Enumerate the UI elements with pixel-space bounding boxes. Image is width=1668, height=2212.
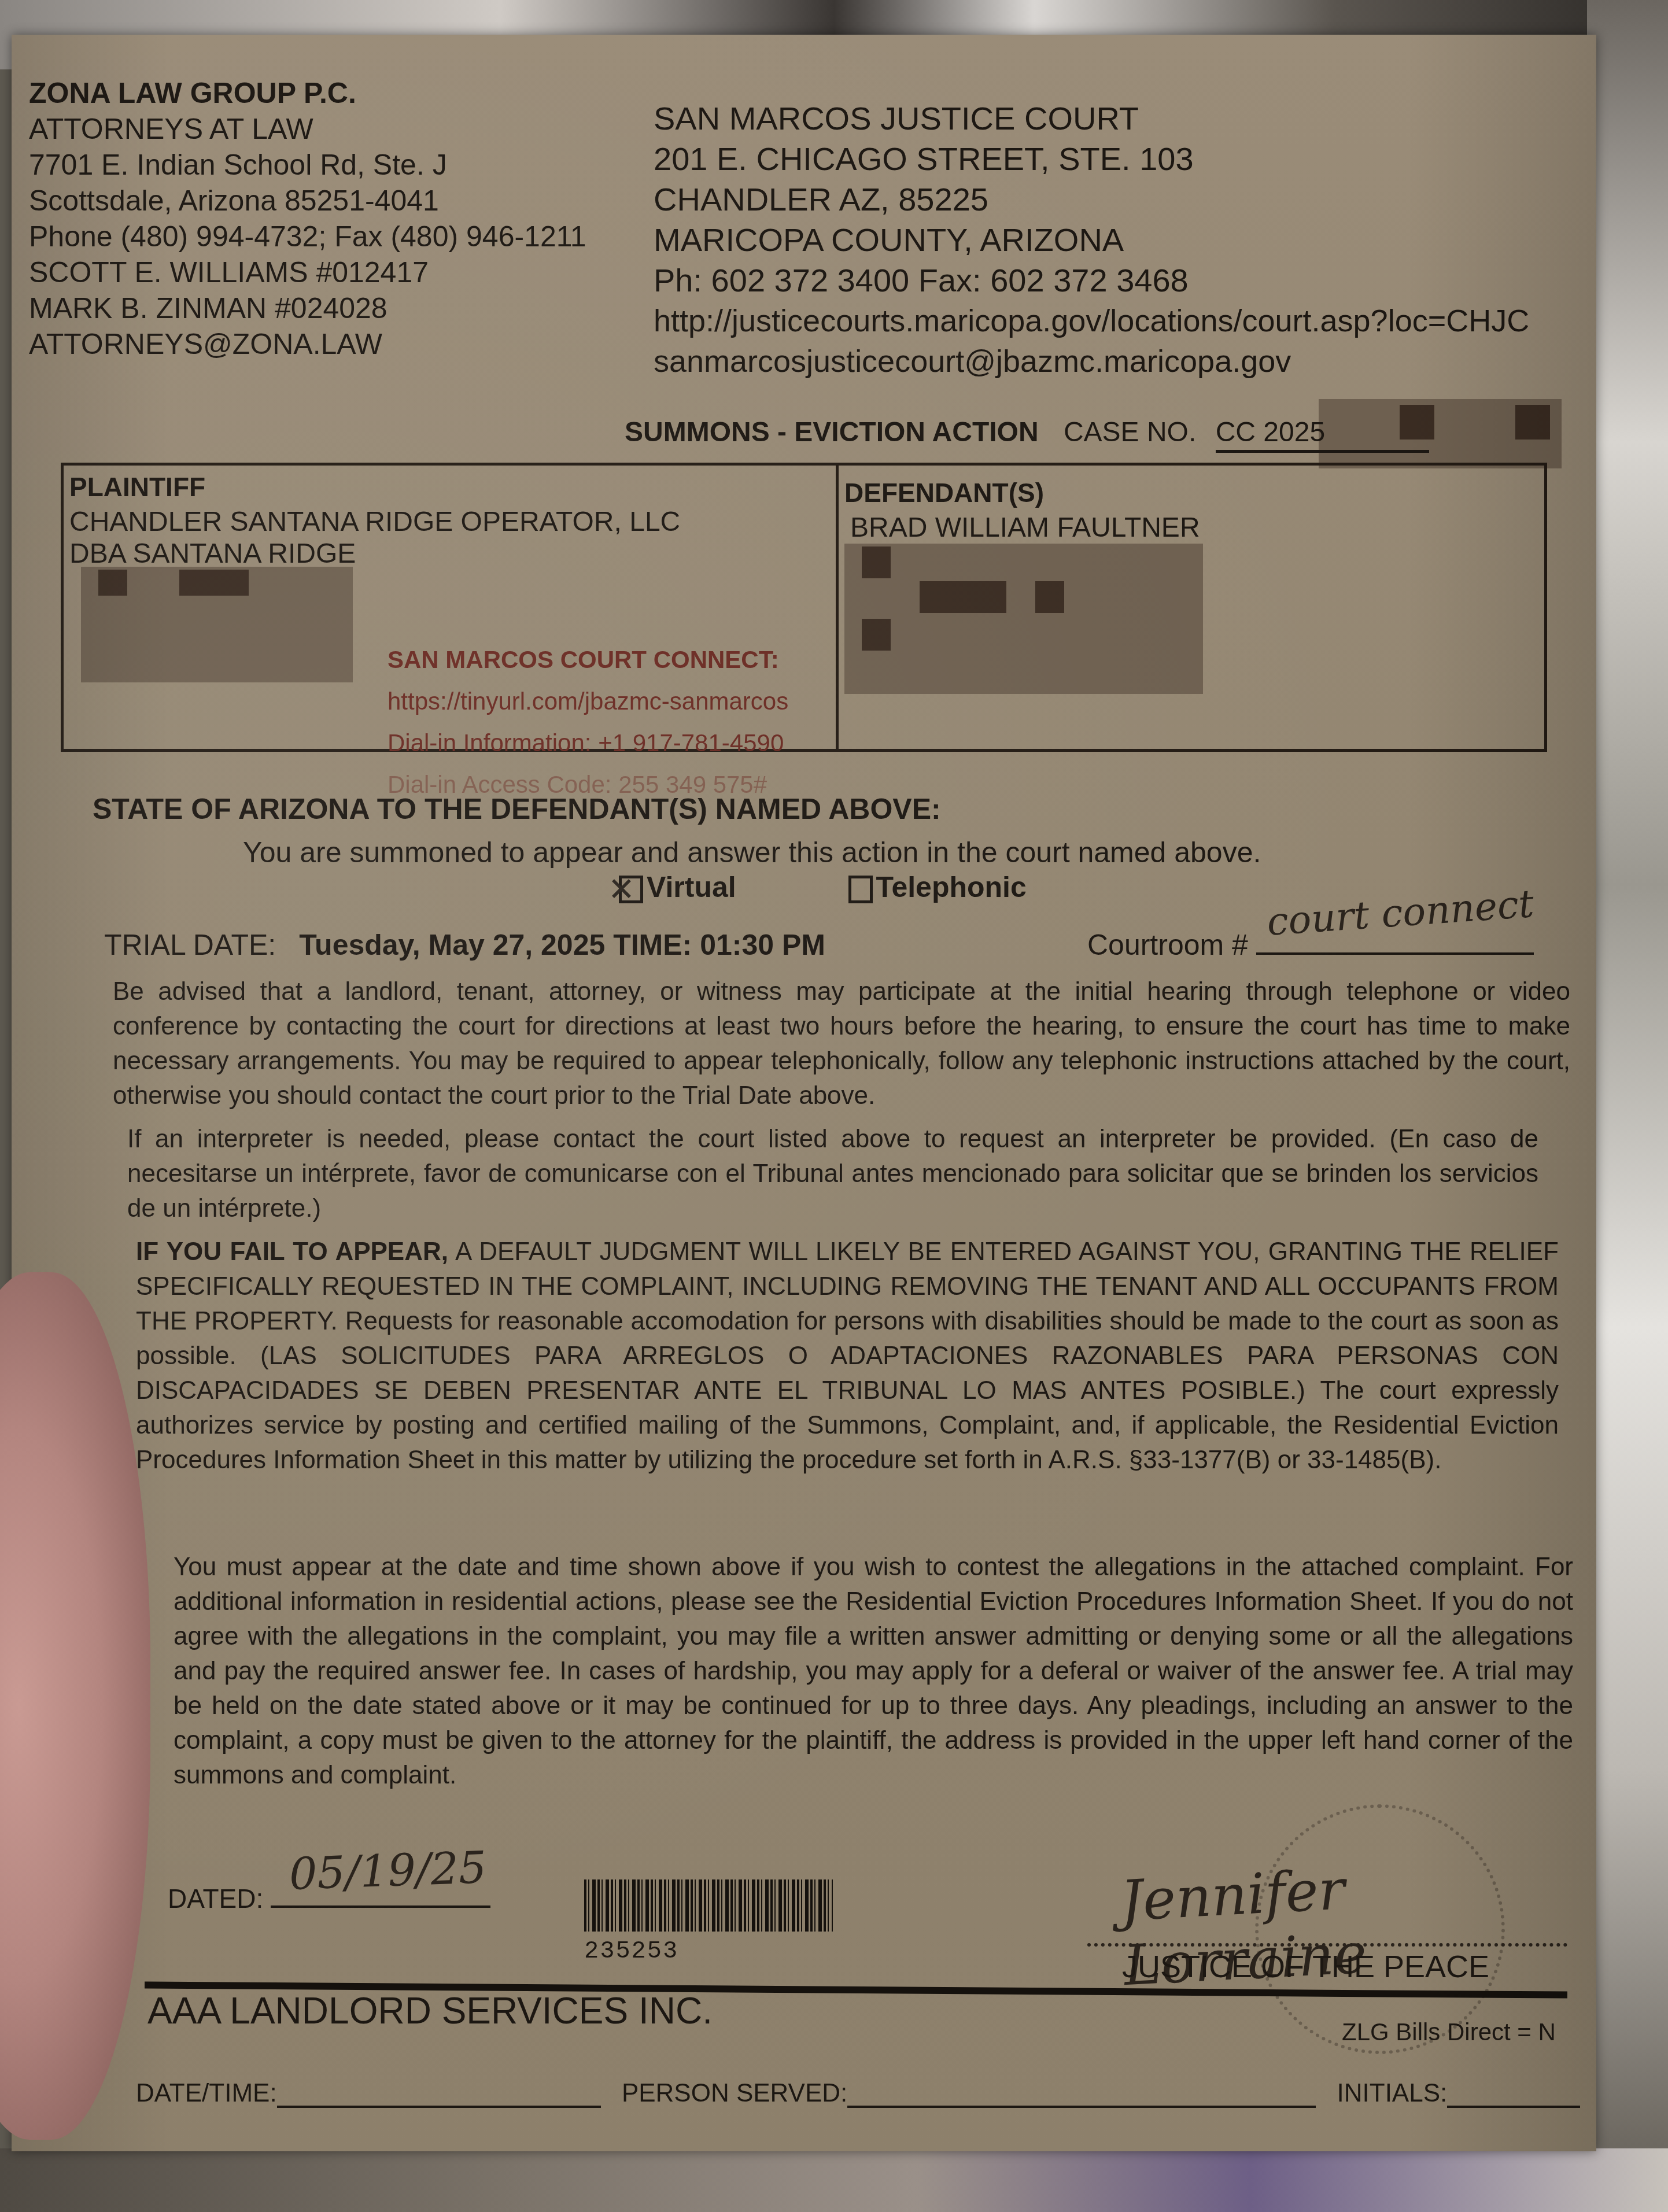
- background-right: [1587, 0, 1668, 2212]
- redaction-case-number-block: [1515, 405, 1550, 440]
- redaction-defendant-block: [862, 546, 891, 578]
- parties-box: PLAINTIFF CHANDLER SANTANA RIDGE OPERATO…: [61, 463, 1547, 752]
- firm-subtitle: ATTORNEYS AT LAW: [29, 111, 586, 147]
- court-county: MARICOPA COUNTY, ARIZONA: [654, 220, 1529, 260]
- telephonic-checkbox[interactable]: [848, 876, 873, 903]
- virtual-label: Virtual: [647, 871, 736, 903]
- court-name: SAN MARCOS JUSTICE COURT: [654, 98, 1529, 139]
- attorney-block: ZONA LAW GROUP P.C. ATTORNEYS AT LAW 770…: [29, 75, 586, 362]
- service-datetime-blank[interactable]: [277, 2084, 601, 2108]
- attorney-2: MARK B. ZINMAN #024028: [29, 290, 586, 326]
- defendant-name: BRAD WILLIAM FAULTNER: [850, 512, 1200, 544]
- initials-label: INITIALS:: [1337, 2079, 1448, 2107]
- court-phone-fax: Ph: 602 372 3400 Fax: 602 372 3468: [654, 260, 1529, 301]
- interpreter-paragraph: If an interpreter is needed, please cont…: [127, 1122, 1538, 1226]
- court-connect-dial-in: Dial-in Information: +1 917-781-4590: [388, 722, 788, 764]
- court-address-1: 201 E. CHICAGO STREET, STE. 103: [654, 139, 1529, 179]
- default-judgment-paragraph: IF YOU FAIL TO APPEAR, A DEFAULT JUDGMEN…: [136, 1235, 1559, 1478]
- fail-to-appear-body: A DEFAULT JUDGMENT WILL LIKELY BE ENTERE…: [136, 1238, 1559, 1474]
- service-datetime-label: DATE/TIME:: [136, 2079, 277, 2107]
- dated-label: DATED:: [168, 1884, 263, 1914]
- dated-handwritten: 05/19/25: [289, 1841, 488, 1900]
- redaction-plaintiff-block: [98, 570, 127, 596]
- person-served-blank[interactable]: [847, 2084, 1316, 2108]
- trial-date-label: TRIAL DATE:: [104, 929, 276, 961]
- court-address-2: CHANDLER AZ, 85225: [654, 179, 1529, 220]
- billing-note: ZLG Bills Direct = N: [1342, 2018, 1556, 2046]
- court-connect-heading: SAN MARCOS COURT CONNECT:: [388, 639, 788, 681]
- attorney-1: SCOTT E. WILLIAMS #012417: [29, 254, 586, 290]
- plaintiff-label: PLAINTIFF: [69, 471, 205, 503]
- service-fields: DATE/TIME: PERSON SERVED: INITIALS:: [136, 2079, 1580, 2108]
- appearance-mode: Virtual Telephonic: [619, 870, 1027, 904]
- defendant-label: DEFENDANT(S): [844, 477, 1044, 508]
- firm-address-street: 7701 E. Indian School Rd, Ste. J: [29, 147, 586, 183]
- barcode-number: 235253: [584, 1937, 678, 1965]
- redaction-defendant-block: [862, 619, 891, 651]
- redaction-defendant-block: [920, 581, 1006, 613]
- fail-to-appear-lead: IF YOU FAIL TO APPEAR,: [136, 1238, 448, 1266]
- redaction-defendant-address: [844, 544, 1203, 694]
- firm-address-city: Scottsdale, Arizona 85251-4041: [29, 183, 586, 219]
- signature-line: [1087, 1943, 1567, 1947]
- plaintiff-name: CHANDLER SANTANA RIDGE OPERATOR, LLC: [69, 506, 680, 538]
- parties-divider: [836, 466, 839, 749]
- person-served-label: PERSON SERVED:: [622, 2079, 847, 2107]
- notice-heading: STATE OF ARIZONA TO THE DEFENDANT(S) NAM…: [93, 792, 941, 826]
- court-block: SAN MARCOS JUSTICE COURT 201 E. CHICAGO …: [654, 98, 1529, 382]
- court-url: http://justicecourts.maricopa.gov/locati…: [654, 301, 1529, 341]
- court-connect-url[interactable]: https://tinyurl.com/jbazmc-sanmarcos: [388, 681, 788, 722]
- summons-document: ZONA LAW GROUP P.C. ATTORNEYS AT LAW 770…: [12, 35, 1596, 2151]
- redaction-defendant-block: [1035, 581, 1064, 613]
- barcode: [584, 1879, 833, 1932]
- case-number-label: CASE NO.: [1064, 417, 1196, 448]
- court-connect-stamp: SAN MARCOS COURT CONNECT: https://tinyur…: [388, 639, 788, 806]
- case-number-value: CC 2025: [1216, 417, 1429, 453]
- court-email: sanmarcosjusticecourt@jbazmc.maricopa.go…: [654, 341, 1529, 382]
- redaction-plaintiff-block: [179, 570, 249, 596]
- virtual-checkbox[interactable]: [619, 876, 643, 903]
- plaintiff-dba: DBA SANTANA RIDGE: [69, 538, 356, 570]
- trial-date-line: TRIAL DATE:Tuesday, May 27, 2025 TIME: 0…: [104, 928, 825, 962]
- process-server: AAA LANDLORD SERVICES INC.: [147, 1989, 713, 2032]
- trial-date-value: Tuesday, May 27, 2025 TIME: 01:30 PM: [299, 929, 825, 961]
- signature-title: JUSTICE OF THE PEACE: [1122, 1949, 1489, 1985]
- firm-name: ZONA LAW GROUP P.C.: [29, 75, 586, 111]
- must-appear-paragraph: You must appear at the date and time sho…: [174, 1550, 1573, 1793]
- firm-phone-fax: Phone (480) 994-4732; Fax (480) 946-1211: [29, 219, 586, 254]
- firm-email: ATTORNEYS@ZONA.LAW: [29, 326, 586, 362]
- summoned-statement: You are summoned to appear and answer th…: [243, 836, 1261, 869]
- caption-line: SUMMONS - EVICTION ACTION CASE NO. CC 20…: [625, 416, 1429, 448]
- document-title: SUMMONS - EVICTION ACTION: [625, 417, 1039, 448]
- background-bottom: [0, 2148, 1668, 2212]
- courtroom-label: Courtroom #: [1087, 929, 1248, 961]
- participation-paragraph: Be advised that a landlord, tenant, atto…: [113, 974, 1570, 1113]
- initials-blank[interactable]: [1447, 2084, 1580, 2108]
- telephonic-label: Telephonic: [876, 871, 1027, 903]
